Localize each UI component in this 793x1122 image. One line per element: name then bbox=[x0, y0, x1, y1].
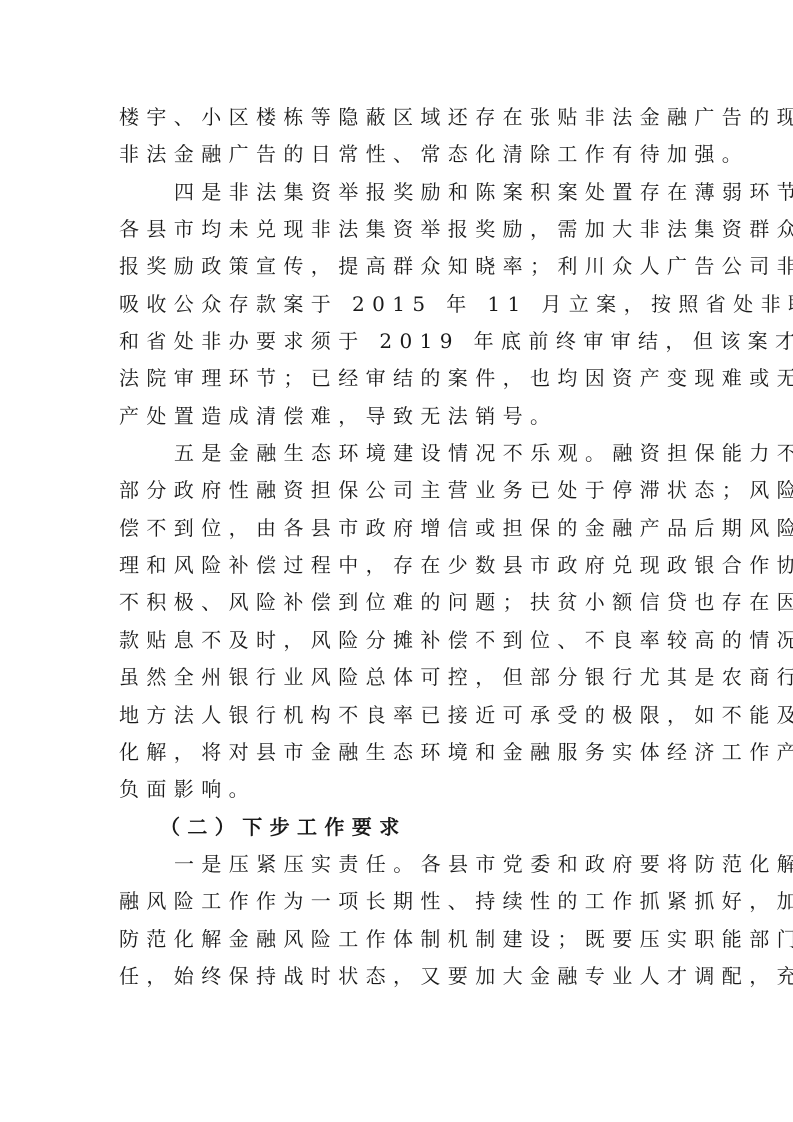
text-line: 各县市均未兑现非法集资举报奖励，需加大非法集资群众举 bbox=[119, 211, 689, 248]
text-line: 产处置造成清偿难，导致无法销号。 bbox=[119, 398, 689, 435]
text-line: 报奖励政策宣传，提高群众知晓率；利川众人广告公司非法 bbox=[119, 248, 689, 285]
text-line: 不积极、风险补偿到位难的问题；扶贫小额信贷也存在因贷 bbox=[119, 584, 689, 621]
text-line: 防范化解金融风险工作体制机制建设；既要压实职能部门责 bbox=[119, 921, 689, 958]
text-line: 法院审理环节；已经审结的案件，也均因资产变现难或无资 bbox=[119, 360, 689, 397]
heading-text: （二）下步工作要求 bbox=[160, 815, 407, 839]
text-line: 偿不到位，由各县市政府增信或担保的金融产品后期风险处 bbox=[119, 510, 689, 547]
text-line: 负面影响。 bbox=[119, 771, 689, 808]
text-line: 部分政府性融资担保公司主营业务已处于停滞状态；风险补 bbox=[119, 472, 689, 509]
text-line: 五是金融生态环境建设情况不乐观。融资担保能力不足， bbox=[119, 435, 689, 472]
text-line: 虽然全州银行业风险总体可控，但部分银行尤其是农商行等 bbox=[119, 659, 689, 696]
text-line: 融风险工作作为一项长期性、持续性的工作抓紧抓好，加强 bbox=[119, 883, 689, 920]
text-line: 一是压紧压实责任。各县市党委和政府要将防范化解金 bbox=[119, 846, 689, 883]
text-line: 四是非法集资举报奖励和陈案积案处置存在薄弱环节。 bbox=[119, 174, 689, 211]
document-page: 楼宇、小区楼栋等隐蔽区域还存在张贴非法金融广告的现象， 非法金融广告的日常性、常… bbox=[119, 99, 689, 995]
text-line: 理和风险补偿过程中，存在少数县市政府兑现政银合作协议 bbox=[119, 547, 689, 584]
text-line: 化解，将对县市金融生态环境和金融服务实体经济工作产生 bbox=[119, 734, 689, 771]
text-line: 和省处非办要求须于 2019 年底前终审审结，但该案才进入 bbox=[119, 323, 689, 360]
paragraph-item-four: 四是非法集资举报奖励和陈案积案处置存在薄弱环节。 各县市均未兑现非法集资举报奖励… bbox=[119, 174, 689, 435]
text-line: 地方法人银行机构不良率已接近可承受的极限，如不能及时 bbox=[119, 697, 689, 734]
paragraph-item-five: 五是金融生态环境建设情况不乐观。融资担保能力不足， 部分政府性融资担保公司主营业… bbox=[119, 435, 689, 808]
text-line: 款贴息不及时，风险分摊补偿不到位、不良率较高的情况； bbox=[119, 622, 689, 659]
text-line: 非法金融广告的日常性、常态化清除工作有待加强。 bbox=[119, 136, 689, 173]
text-line: 楼宇、小区楼栋等隐蔽区域还存在张贴非法金融广告的现象， bbox=[119, 99, 689, 136]
paragraph-illegal-ads-continuation: 楼宇、小区楼栋等隐蔽区域还存在张贴非法金融广告的现象， 非法金融广告的日常性、常… bbox=[119, 99, 689, 174]
section-heading-next-steps: （二）下步工作要求 bbox=[119, 809, 689, 846]
text-line: 吸收公众存款案于 2015 年 11 月立案，按照省处非联席会议 bbox=[119, 286, 689, 323]
text-line: 任，始终保持战时状态，又要加大金融专业人才调配，充实 bbox=[119, 958, 689, 995]
paragraph-item-one: 一是压紧压实责任。各县市党委和政府要将防范化解金 融风险工作作为一项长期性、持续… bbox=[119, 846, 689, 995]
